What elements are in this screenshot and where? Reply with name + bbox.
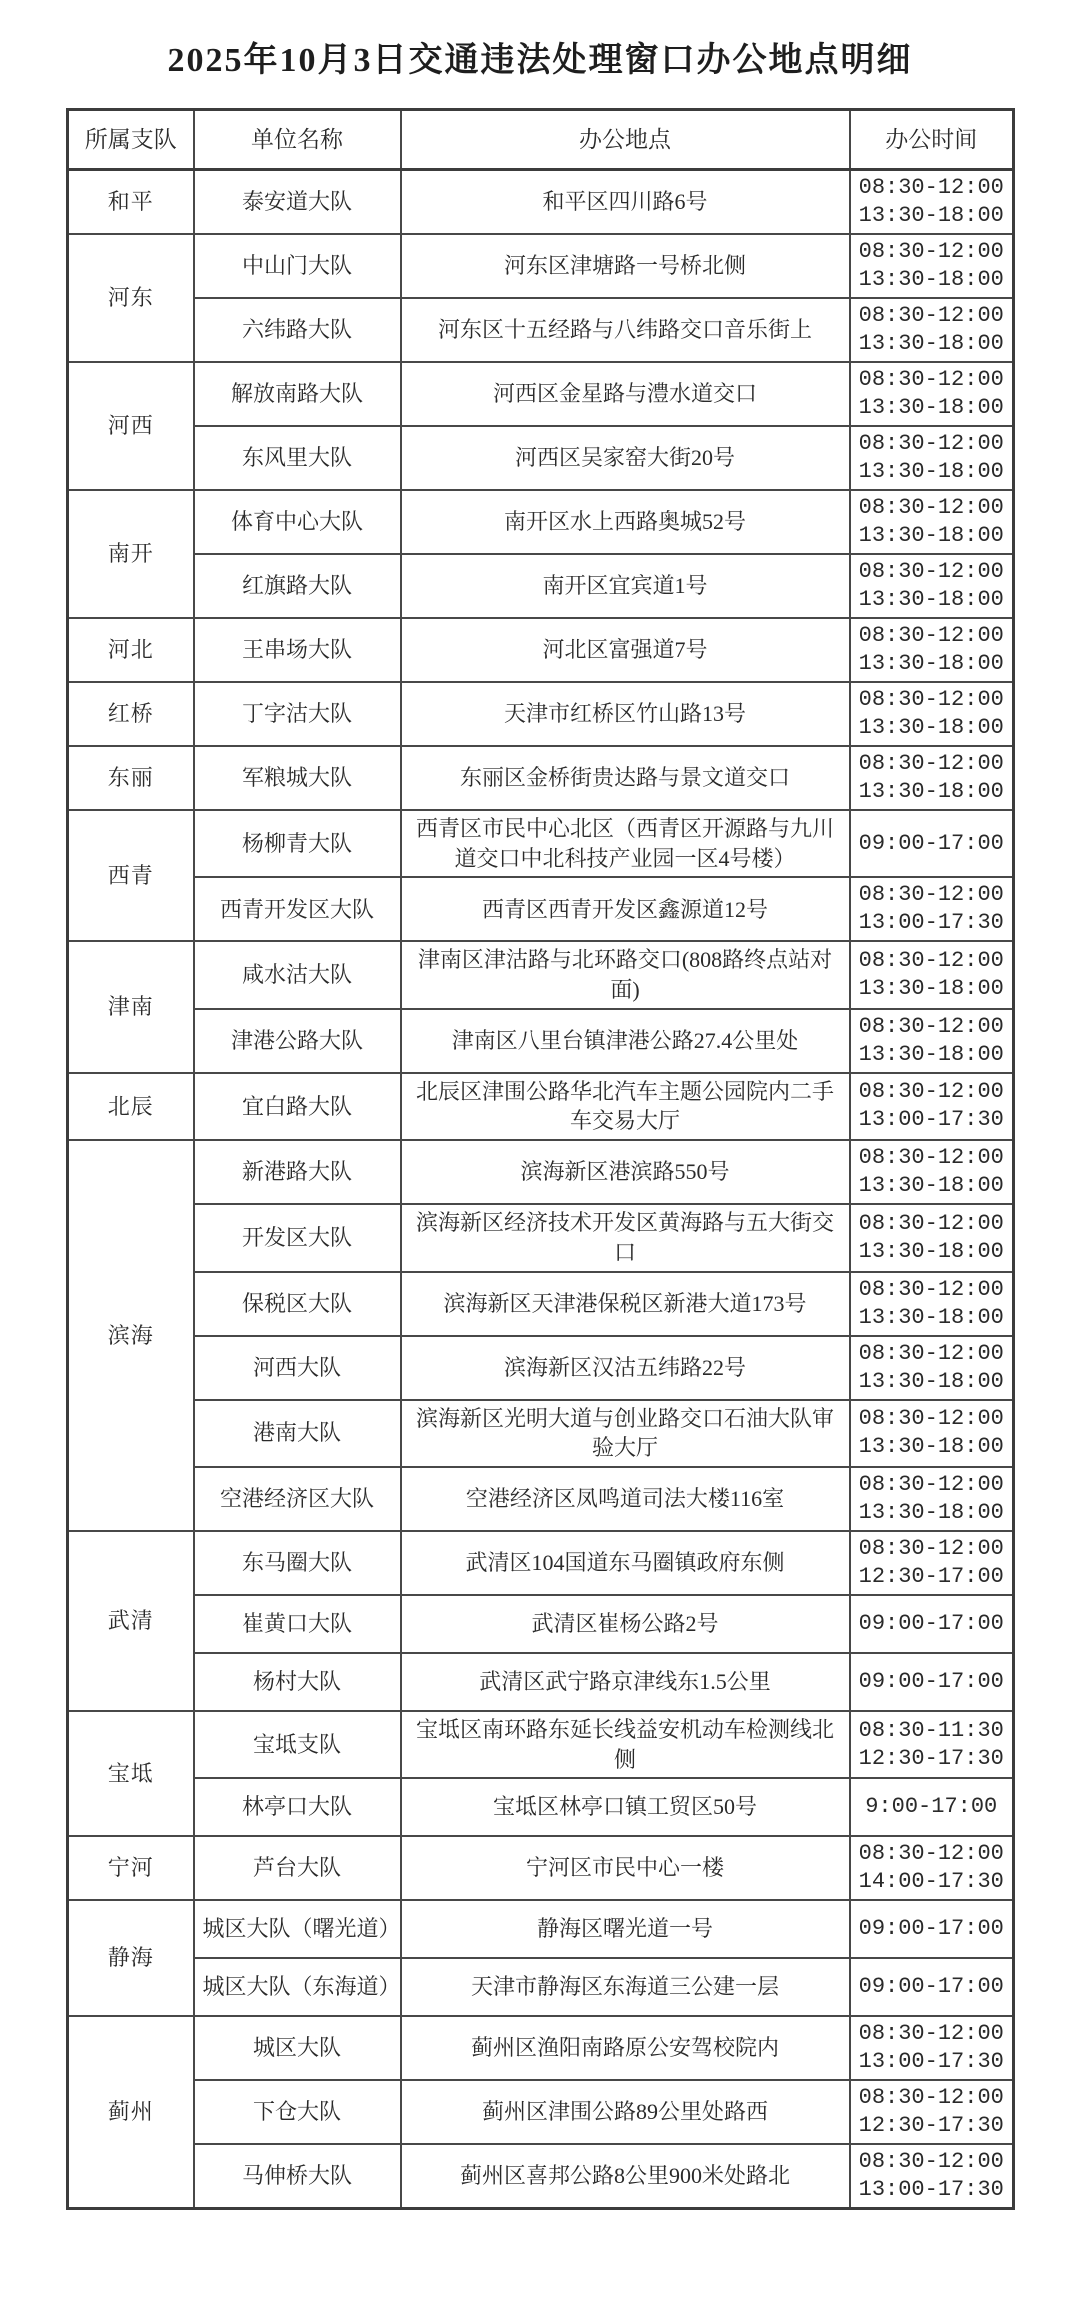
hours-line: 08:30-12:00	[853, 1340, 1011, 1368]
hours-cell: 08:30-12:0013:30-18:00	[850, 1272, 1014, 1336]
table-body: 和平泰安道大队和平区四川路6号08:30-12:0013:30-18:00河东中…	[68, 170, 1014, 2209]
table-row: 杨村大队武清区武宁路京津线东1.5公里09:00-17:00	[68, 1653, 1014, 1711]
table-row: 东丽军粮城大队东丽区金桥街贵达路与景文道交口08:30-12:0013:30-1…	[68, 746, 1014, 810]
address-cell: 河东区十五经路与八纬路交口音乐街上	[401, 298, 850, 362]
column-header: 办公地点	[401, 110, 850, 170]
hours-line: 9:00-17:00	[853, 1793, 1011, 1821]
district-cell: 宁河	[68, 1836, 194, 1900]
district-cell: 西青	[68, 810, 194, 941]
unit-cell: 杨柳青大队	[194, 810, 401, 877]
hours-line: 13:30-18:00	[853, 586, 1011, 614]
hours-line: 08:30-12:00	[853, 686, 1011, 714]
table-row: 河西大队滨海新区汉沽五纬路22号08:30-12:0013:30-18:00	[68, 1336, 1014, 1400]
hours-cell: 08:30-12:0013:30-18:00	[850, 1140, 1014, 1204]
hours-cell: 08:30-12:0013:30-18:00	[850, 1009, 1014, 1073]
hours-cell: 9:00-17:00	[850, 1778, 1014, 1836]
hours-cell: 08:30-12:0013:00-17:30	[850, 2016, 1014, 2080]
hours-line: 12:30-17:00	[853, 1563, 1011, 1591]
table-row: 武清东马圈大队武清区104国道东马圈镇政府东侧08:30-12:0012:30-…	[68, 1531, 1014, 1595]
hours-line: 13:30-18:00	[853, 1368, 1011, 1396]
address-cell: 蓟州区喜邦公路8公里900米处路北	[401, 2144, 850, 2209]
table-row: 河东中山门大队河东区津塘路一号桥北侧08:30-12:0013:30-18:00	[68, 234, 1014, 298]
unit-cell: 空港经济区大队	[194, 1467, 401, 1531]
hours-cell: 08:30-12:0013:00-17:30	[850, 877, 1014, 941]
unit-cell: 下仓大队	[194, 2080, 401, 2144]
hours-line: 08:30-12:00	[853, 1078, 1011, 1106]
district-cell: 河西	[68, 362, 194, 490]
unit-cell: 新港路大队	[194, 1140, 401, 1204]
hours-line: 13:30-18:00	[853, 650, 1011, 678]
address-cell: 东丽区金桥街贵达路与景文道交口	[401, 746, 850, 810]
address-cell: 西青区西青开发区鑫源道12号	[401, 877, 850, 941]
hours-cell: 09:00-17:00	[850, 1900, 1014, 1958]
hours-line: 08:30-12:00	[853, 238, 1011, 266]
address-cell: 宝坻区林亭口镇工贸区50号	[401, 1778, 850, 1836]
table-row: 东风里大队河西区吴家窑大街20号08:30-12:0013:30-18:00	[68, 426, 1014, 490]
address-cell: 西青区市民中心北区（西青区开源路与九川道交口中北科技产业园一区4号楼）	[401, 810, 850, 877]
hours-line: 09:00-17:00	[853, 1668, 1011, 1696]
unit-cell: 红旗路大队	[194, 554, 401, 618]
hours-line: 08:30-12:00	[853, 622, 1011, 650]
address-cell: 河西区吴家窑大街20号	[401, 426, 850, 490]
table-row: 崔黄口大队武清区崔杨公路2号09:00-17:00	[68, 1595, 1014, 1653]
hours-line: 08:30-12:00	[853, 947, 1011, 975]
hours-cell: 08:30-12:0013:30-18:00	[850, 941, 1014, 1008]
unit-cell: 杨村大队	[194, 1653, 401, 1711]
district-cell: 河北	[68, 618, 194, 682]
hours-line: 13:30-18:00	[853, 1238, 1011, 1266]
hours-line: 09:00-17:00	[853, 1610, 1011, 1638]
district-cell: 北辰	[68, 1073, 194, 1140]
hours-line: 08:30-12:00	[853, 302, 1011, 330]
hours-line: 13:30-18:00	[853, 1304, 1011, 1332]
address-cell: 滨海新区经济技术开发区黄海路与五大街交口	[401, 1204, 850, 1271]
hours-cell: 08:30-12:0013:30-18:00	[850, 362, 1014, 426]
hours-line: 08:30-12:00	[853, 1144, 1011, 1172]
table-row: 河北王串场大队河北区富强道7号08:30-12:0013:30-18:00	[68, 618, 1014, 682]
table-row: 红旗路大队南开区宜宾道1号08:30-12:0013:30-18:00	[68, 554, 1014, 618]
unit-cell: 咸水沽大队	[194, 941, 401, 1008]
hours-cell: 08:30-12:0013:30-18:00	[850, 554, 1014, 618]
hours-cell: 08:30-12:0013:00-17:30	[850, 2144, 1014, 2209]
unit-cell: 保税区大队	[194, 1272, 401, 1336]
district-cell: 津南	[68, 941, 194, 1072]
hours-line: 13:30-18:00	[853, 394, 1011, 422]
unit-cell: 城区大队（曙光道）	[194, 1900, 401, 1958]
hours-line: 13:00-17:30	[853, 1106, 1011, 1134]
hours-line: 08:30-12:00	[853, 1535, 1011, 1563]
address-cell: 宝坻区南环路东延长线益安机动车检测线北侧	[401, 1711, 850, 1778]
office-locations-table: 所属支队单位名称办公地点办公时间 和平泰安道大队和平区四川路6号08:30-12…	[66, 108, 1015, 2210]
address-cell: 武清区104国道东马圈镇政府东侧	[401, 1531, 850, 1595]
district-cell: 静海	[68, 1900, 194, 2016]
hours-line: 13:00-17:30	[853, 909, 1011, 937]
address-cell: 静海区曙光道一号	[401, 1900, 850, 1958]
address-cell: 河东区津塘路一号桥北侧	[401, 234, 850, 298]
hours-cell: 08:30-12:0012:30-17:00	[850, 1531, 1014, 1595]
hours-cell: 08:30-12:0013:30-18:00	[850, 618, 1014, 682]
hours-line: 13:30-18:00	[853, 714, 1011, 742]
hours-cell: 08:30-12:0013:00-17:30	[850, 1073, 1014, 1140]
address-cell: 南开区宜宾道1号	[401, 554, 850, 618]
hours-line: 08:30-12:00	[853, 1471, 1011, 1499]
hours-cell: 09:00-17:00	[850, 810, 1014, 877]
address-cell: 津南区八里台镇津港公路27.4公里处	[401, 1009, 850, 1073]
hours-line: 13:30-18:00	[853, 1499, 1011, 1527]
table-row: 静海城区大队（曙光道）静海区曙光道一号09:00-17:00	[68, 1900, 1014, 1958]
table-row: 林亭口大队宝坻区林亭口镇工贸区50号9:00-17:00	[68, 1778, 1014, 1836]
hours-line: 13:30-18:00	[853, 202, 1011, 230]
hours-line: 08:30-12:00	[853, 2084, 1011, 2112]
column-header: 所属支队	[68, 110, 194, 170]
district-cell: 宝坻	[68, 1711, 194, 1836]
table-row: 津南咸水沽大队津南区津沽路与北环路交口(808路终点站对面)08:30-12:0…	[68, 941, 1014, 1008]
hours-line: 13:30-18:00	[853, 266, 1011, 294]
hours-line: 08:30-12:00	[853, 174, 1011, 202]
unit-cell: 中山门大队	[194, 234, 401, 298]
hours-line: 08:30-12:00	[853, 558, 1011, 586]
unit-cell: 马伸桥大队	[194, 2144, 401, 2209]
hours-line: 08:30-11:30	[853, 1717, 1011, 1745]
unit-cell: 王串场大队	[194, 618, 401, 682]
hours-line: 08:30-12:00	[853, 881, 1011, 909]
page: 2025年10月3日交通违法处理窗口办公地点明细 所属支队单位名称办公地点办公时…	[0, 0, 1080, 2305]
hours-cell: 08:30-12:0013:30-18:00	[850, 1400, 1014, 1467]
district-cell: 河东	[68, 234, 194, 362]
hours-line: 13:00-17:30	[853, 2048, 1011, 2076]
table-row: 开发区大队滨海新区经济技术开发区黄海路与五大街交口08:30-12:0013:3…	[68, 1204, 1014, 1271]
table-row: 北辰宜白路大队北辰区津围公路华北汽车主题公园院内二手车交易大厅08:30-12:…	[68, 1073, 1014, 1140]
hours-cell: 08:30-11:3012:30-17:30	[850, 1711, 1014, 1778]
hours-line: 08:30-12:00	[853, 1405, 1011, 1433]
address-cell: 滨海新区光明大道与创业路交口石油大队审验大厅	[401, 1400, 850, 1467]
table-row: 蓟州城区大队蓟州区渔阳南路原公安驾校院内08:30-12:0013:00-17:…	[68, 2016, 1014, 2080]
address-cell: 天津市静海区东海道三公建一层	[401, 1958, 850, 2016]
table-row: 红桥丁字沽大队天津市红桥区竹山路13号08:30-12:0013:30-18:0…	[68, 682, 1014, 746]
hours-line: 08:30-12:00	[853, 494, 1011, 522]
hours-cell: 08:30-12:0013:30-18:00	[850, 1204, 1014, 1271]
unit-cell: 城区大队（东海道）	[194, 1958, 401, 2016]
table-row: 和平泰安道大队和平区四川路6号08:30-12:0013:30-18:00	[68, 170, 1014, 235]
unit-cell: 东风里大队	[194, 426, 401, 490]
address-cell: 北辰区津围公路华北汽车主题公园院内二手车交易大厅	[401, 1073, 850, 1140]
district-cell: 红桥	[68, 682, 194, 746]
hours-line: 14:00-17:30	[853, 1868, 1011, 1896]
hours-cell: 08:30-12:0013:30-18:00	[850, 298, 1014, 362]
unit-cell: 东马圈大队	[194, 1531, 401, 1595]
address-cell: 蓟州区津围公路89公里处路西	[401, 2080, 850, 2144]
hours-line: 09:00-17:00	[853, 1973, 1011, 2001]
unit-cell: 林亭口大队	[194, 1778, 401, 1836]
unit-cell: 解放南路大队	[194, 362, 401, 426]
header-row: 所属支队单位名称办公地点办公时间	[68, 110, 1014, 170]
unit-cell: 泰安道大队	[194, 170, 401, 235]
hours-line: 08:30-12:00	[853, 366, 1011, 394]
district-cell: 蓟州	[68, 2016, 194, 2209]
table-row: 宁河芦台大队宁河区市民中心一楼08:30-12:0014:00-17:30	[68, 1836, 1014, 1900]
hours-line: 12:30-17:30	[853, 2112, 1011, 2140]
hours-cell: 08:30-12:0013:30-18:00	[850, 490, 1014, 554]
table-row: 六纬路大队河东区十五经路与八纬路交口音乐街上08:30-12:0013:30-1…	[68, 298, 1014, 362]
district-cell: 东丽	[68, 746, 194, 810]
hours-cell: 08:30-12:0012:30-17:30	[850, 2080, 1014, 2144]
address-cell: 天津市红桥区竹山路13号	[401, 682, 850, 746]
address-cell: 滨海新区汉沽五纬路22号	[401, 1336, 850, 1400]
unit-cell: 城区大队	[194, 2016, 401, 2080]
hours-cell: 08:30-12:0013:30-18:00	[850, 682, 1014, 746]
table-row: 滨海新港路大队滨海新区港滨路550号08:30-12:0013:30-18:00	[68, 1140, 1014, 1204]
address-cell: 津南区津沽路与北环路交口(808路终点站对面)	[401, 941, 850, 1008]
hours-line: 13:30-18:00	[853, 458, 1011, 486]
district-cell: 武清	[68, 1531, 194, 1711]
table-row: 保税区大队滨海新区天津港保税区新港大道173号08:30-12:0013:30-…	[68, 1272, 1014, 1336]
hours-line: 13:30-18:00	[853, 778, 1011, 806]
unit-cell: 体育中心大队	[194, 490, 401, 554]
hours-line: 13:30-18:00	[853, 1433, 1011, 1461]
hours-line: 09:00-17:00	[853, 1915, 1011, 1943]
address-cell: 和平区四川路6号	[401, 170, 850, 235]
hours-line: 08:30-12:00	[853, 1840, 1011, 1868]
hours-cell: 08:30-12:0013:30-18:00	[850, 1467, 1014, 1531]
address-cell: 武清区崔杨公路2号	[401, 1595, 850, 1653]
table-row: 城区大队（东海道）天津市静海区东海道三公建一层09:00-17:00	[68, 1958, 1014, 2016]
unit-cell: 丁字沽大队	[194, 682, 401, 746]
district-cell: 南开	[68, 490, 194, 618]
table-row: 西青开发区大队西青区西青开发区鑫源道12号08:30-12:0013:00-17…	[68, 877, 1014, 941]
hours-cell: 09:00-17:00	[850, 1958, 1014, 2016]
address-cell: 南开区水上西路奥城52号	[401, 490, 850, 554]
hours-line: 13:30-18:00	[853, 975, 1011, 1003]
hours-line: 08:30-12:00	[853, 750, 1011, 778]
hours-line: 08:30-12:00	[853, 2020, 1011, 2048]
unit-cell: 河西大队	[194, 1336, 401, 1400]
hours-cell: 08:30-12:0013:30-18:00	[850, 234, 1014, 298]
hours-line: 13:30-18:00	[853, 330, 1011, 358]
hours-line: 08:30-12:00	[853, 430, 1011, 458]
table-row: 南开体育中心大队南开区水上西路奥城52号08:30-12:0013:30-18:…	[68, 490, 1014, 554]
hours-cell: 08:30-12:0014:00-17:30	[850, 1836, 1014, 1900]
unit-cell: 开发区大队	[194, 1204, 401, 1271]
address-cell: 空港经济区凤鸣道司法大楼116室	[401, 1467, 850, 1531]
hours-cell: 09:00-17:00	[850, 1653, 1014, 1711]
address-cell: 武清区武宁路京津线东1.5公里	[401, 1653, 850, 1711]
unit-cell: 崔黄口大队	[194, 1595, 401, 1653]
unit-cell: 津港公路大队	[194, 1009, 401, 1073]
address-cell: 滨海新区天津港保税区新港大道173号	[401, 1272, 850, 1336]
hours-cell: 08:30-12:0013:30-18:00	[850, 1336, 1014, 1400]
hours-line: 08:30-12:00	[853, 1276, 1011, 1304]
address-cell: 河北区富强道7号	[401, 618, 850, 682]
hours-line: 13:30-18:00	[853, 1041, 1011, 1069]
district-cell: 和平	[68, 170, 194, 235]
table-row: 港南大队滨海新区光明大道与创业路交口石油大队审验大厅08:30-12:0013:…	[68, 1400, 1014, 1467]
unit-cell: 港南大队	[194, 1400, 401, 1467]
hours-line: 13:30-18:00	[853, 522, 1011, 550]
hours-cell: 08:30-12:0013:30-18:00	[850, 746, 1014, 810]
unit-cell: 宜白路大队	[194, 1073, 401, 1140]
column-header: 办公时间	[850, 110, 1014, 170]
address-cell: 蓟州区渔阳南路原公安驾校院内	[401, 2016, 850, 2080]
district-cell: 滨海	[68, 1140, 194, 1531]
address-cell: 河西区金星路与澧水道交口	[401, 362, 850, 426]
address-cell: 宁河区市民中心一楼	[401, 1836, 850, 1900]
unit-cell: 六纬路大队	[194, 298, 401, 362]
unit-cell: 芦台大队	[194, 1836, 401, 1900]
unit-cell: 军粮城大队	[194, 746, 401, 810]
table-row: 西青杨柳青大队西青区市民中心北区（西青区开源路与九川道交口中北科技产业园一区4号…	[68, 810, 1014, 877]
hours-line: 13:00-17:30	[853, 2176, 1011, 2204]
hours-line: 13:30-18:00	[853, 1172, 1011, 1200]
table-row: 下仓大队蓟州区津围公路89公里处路西08:30-12:0012:30-17:30	[68, 2080, 1014, 2144]
table-row: 马伸桥大队蓟州区喜邦公路8公里900米处路北08:30-12:0013:00-1…	[68, 2144, 1014, 2209]
address-cell: 滨海新区港滨路550号	[401, 1140, 850, 1204]
unit-cell: 西青开发区大队	[194, 877, 401, 941]
hours-line: 08:30-12:00	[853, 1210, 1011, 1238]
unit-cell: 宝坻支队	[194, 1711, 401, 1778]
hours-line: 08:30-12:00	[853, 1013, 1011, 1041]
page-title: 2025年10月3日交通违法处理窗口办公地点明细	[0, 0, 1080, 82]
hours-line: 12:30-17:30	[853, 1745, 1011, 1773]
hours-line: 09:00-17:00	[853, 830, 1011, 858]
table-row: 空港经济区大队空港经济区凤鸣道司法大楼116室08:30-12:0013:30-…	[68, 1467, 1014, 1531]
table-row: 津港公路大队津南区八里台镇津港公路27.4公里处08:30-12:0013:30…	[68, 1009, 1014, 1073]
table-row: 河西解放南路大队河西区金星路与澧水道交口08:30-12:0013:30-18:…	[68, 362, 1014, 426]
column-header: 单位名称	[194, 110, 401, 170]
hours-cell: 08:30-12:0013:30-18:00	[850, 170, 1014, 235]
table-row: 宝坻宝坻支队宝坻区南环路东延长线益安机动车检测线北侧08:30-11:3012:…	[68, 1711, 1014, 1778]
hours-cell: 09:00-17:00	[850, 1595, 1014, 1653]
hours-line: 08:30-12:00	[853, 2148, 1011, 2176]
hours-cell: 08:30-12:0013:30-18:00	[850, 426, 1014, 490]
